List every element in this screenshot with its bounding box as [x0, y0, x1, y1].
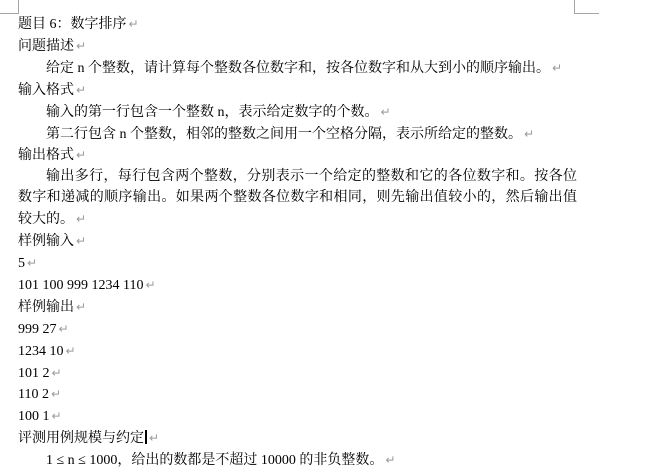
paragraph-mark-icon: ↵	[381, 105, 391, 119]
paragraph-text: 样例输出	[18, 300, 74, 315]
paragraph-mark-icon: ↵	[385, 453, 395, 467]
paragraph-line: 1234 10↵	[18, 341, 577, 363]
paragraph-line: 输入的第一行包含一个整数 n，表示给定数字的个数。↵	[18, 102, 577, 124]
paragraph-line: 第二行包含 n 个整数，相邻的整数之间用一个空格分隔，表示所给定的整数。↵	[18, 124, 577, 146]
paragraph-text: 输入格式	[18, 83, 74, 98]
paragraph-text: 1234 10	[18, 344, 64, 359]
paragraph-mark-icon: ↵	[76, 148, 86, 162]
document-text-area[interactable]: 题目 6：数字排序↵问题描述↵给定 n 个整数，请计算每个整数各位数字和，按各位…	[18, 14, 577, 470]
paragraph-text: 100 1	[18, 409, 50, 424]
paragraph-line: 评测用例规模与约定↵	[18, 428, 577, 450]
paragraph-text: 题目 6：数字排序	[18, 17, 127, 32]
paragraph-line: 样例输入↵	[18, 231, 577, 253]
paragraph-mark-icon: ↵	[149, 431, 159, 445]
paragraph-mark-icon: ↵	[52, 366, 62, 380]
document-page: 题目 6：数字排序↵问题描述↵给定 n 个整数，请计算每个整数各位数字和，按各位…	[0, 0, 661, 470]
paragraph-line: 999 27↵	[18, 319, 577, 341]
paragraph-line: 输入格式↵	[18, 80, 577, 102]
paragraph-line: 题目 6：数字排序↵	[18, 14, 577, 36]
paragraph-text: 110 2	[18, 387, 49, 402]
paragraph-line: 101 2↵	[18, 363, 577, 385]
paragraph-mark-icon: ↵	[145, 278, 155, 292]
paragraph-line: 输出格式↵	[18, 145, 577, 167]
text-boundary-corner-mark-top-left	[0, 0, 19, 14]
paragraph-line: 110 2↵	[18, 384, 577, 406]
paragraph-text: 输入的第一行包含一个整数 n，表示给定数字的个数。	[46, 105, 379, 120]
paragraph-line: 给定 n 个整数，请计算每个整数各位数字和，按各位数字和从大到小的顺序输出。↵	[18, 58, 577, 80]
paragraph-line: 问题描述↵	[18, 36, 577, 58]
paragraph-mark-icon: ↵	[76, 234, 86, 248]
paragraph-text: 输出多行，每行包含两个整数，分别表示一个给定的整数和它的各位数字和。按各位数字和…	[18, 169, 577, 227]
paragraph-mark-icon: ↵	[66, 344, 76, 358]
paragraph-mark-icon: ↵	[51, 387, 61, 401]
paragraph-line: 样例输出↵	[18, 297, 577, 319]
paragraph-text: 5	[18, 256, 25, 271]
paragraph-mark-icon: ↵	[524, 127, 534, 141]
paragraph-mark-icon: ↵	[27, 256, 37, 270]
paragraph-mark-icon: ↵	[552, 61, 562, 75]
paragraph-mark-icon: ↵	[76, 83, 86, 97]
text-boundary-corner-mark-top-right	[574, 0, 599, 14]
paragraph-mark-icon: ↵	[59, 322, 69, 336]
paragraph-line: 5↵	[18, 253, 577, 275]
paragraph-text: 给定 n 个整数，请计算每个整数各位数字和，按各位数字和从大到小的顺序输出。	[46, 61, 550, 76]
paragraph-mark-icon: ↵	[129, 17, 139, 31]
paragraph-text: 101 2	[18, 366, 50, 381]
paragraph-text: 问题描述	[18, 39, 74, 54]
paragraph-line: 100 1↵	[18, 406, 577, 428]
paragraph-text: 样例输入	[18, 234, 74, 249]
paragraph-text: 输出格式	[18, 148, 74, 163]
text-cursor	[145, 430, 147, 444]
paragraph-line: 1 ≤ n ≤ 1000，给出的数都是不超过 10000 的非负整数。↵	[18, 450, 577, 470]
paragraph-mark-icon: ↵	[76, 300, 86, 314]
paragraph-mark-icon: ↵	[76, 39, 86, 53]
paragraph-text: 1 ≤ n ≤ 1000，给出的数都是不超过 10000 的非负整数。	[46, 453, 383, 468]
paragraph-text: 101 100 999 1234 110	[18, 278, 143, 293]
paragraph-line: 101 100 999 1234 110↵	[18, 275, 577, 297]
paragraph-mark-icon: ↵	[76, 212, 86, 226]
paragraph-mark-icon: ↵	[52, 409, 62, 423]
paragraph-text: 评测用例规模与约定	[18, 431, 144, 446]
paragraph-text: 第二行包含 n 个整数，相邻的整数之间用一个空格分隔，表示所给定的整数。	[46, 127, 522, 142]
paragraph-line: 输出多行，每行包含两个整数，分别表示一个给定的整数和它的各位数字和。按各位数字和…	[18, 167, 577, 231]
paragraph-text: 999 27	[18, 322, 57, 337]
